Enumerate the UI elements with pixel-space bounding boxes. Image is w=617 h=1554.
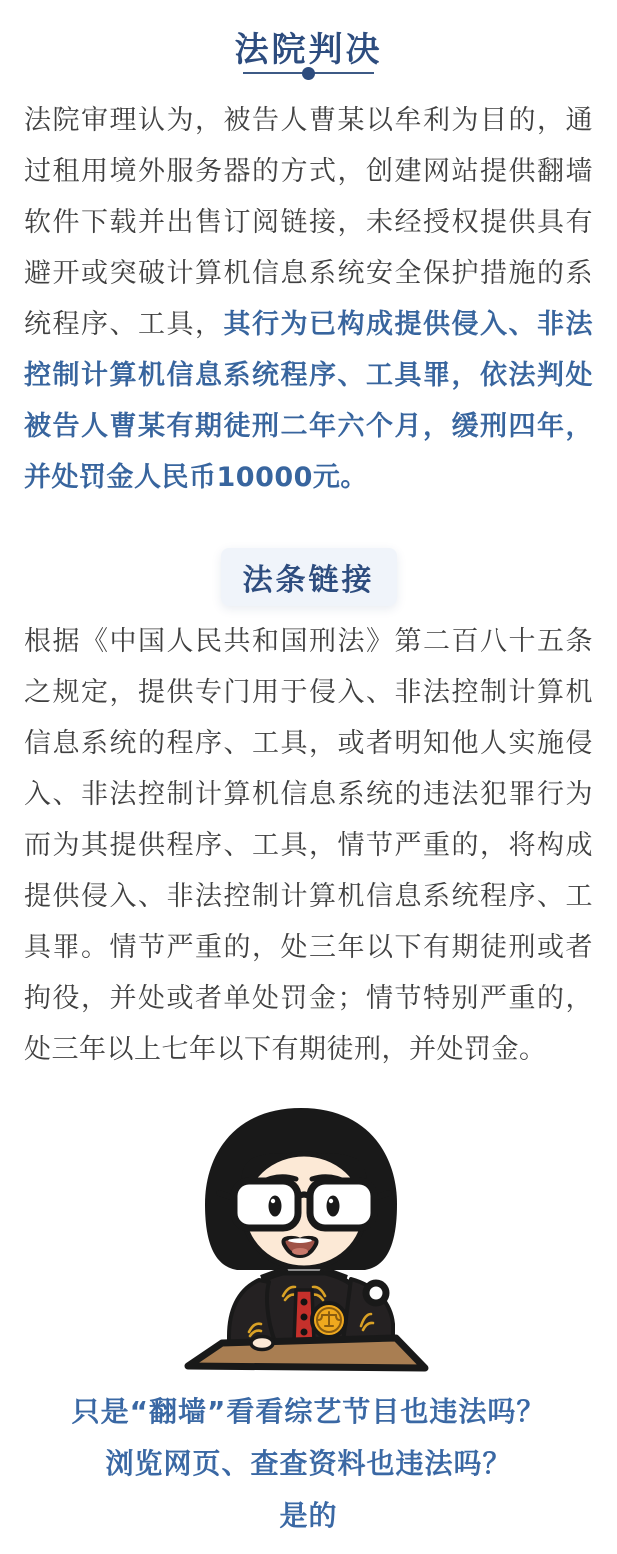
placket-buttons: [301, 1299, 308, 1336]
footer-question-2: 浏览网页、查查资料也违法吗？: [0, 1438, 617, 1490]
divider-dot: [302, 67, 315, 80]
bench-desk: [188, 1338, 425, 1368]
judge-mouth: [284, 1238, 317, 1256]
title-divider-line: [243, 72, 374, 74]
law-section-title: 法条链接: [243, 563, 375, 598]
judgment-section-title: 法院判决: [0, 22, 617, 71]
footer-questions: 只是“翻墙”看看综艺节目也违法吗？ 浏览网页、查查资料也违法吗？ 是的: [0, 1386, 617, 1542]
law-section-badge: 法条链接: [221, 548, 397, 606]
law-paragraph: 根据《中国人民共和国刑法》第二百八十五条之规定，提供专门用于侵入、非法控制计算机…: [24, 616, 593, 1075]
footer-answer: 是的: [0, 1490, 617, 1542]
footer-question-1: 只是“翻墙”看看综艺节目也违法吗？: [0, 1386, 617, 1438]
raised-fist-icon: [366, 1283, 386, 1303]
left-hand: [251, 1337, 273, 1350]
judgment-text-normal: 法院审理认为，被告人曹某以牟利为目的，通过租用境外服务器的方式，创建网站提供翻墙…: [24, 105, 593, 340]
judge-cartoon-illustration: [79, 1100, 539, 1400]
judgment-paragraph: 法院审理认为，被告人曹某以牟利为目的，通过租用境外服务器的方式，创建网站提供翻墙…: [24, 95, 593, 503]
article-page: { "colors": { "navy": "#2d4c7e", "blue_b…: [0, 0, 617, 1554]
court-emblem-icon: [312, 1303, 346, 1337]
